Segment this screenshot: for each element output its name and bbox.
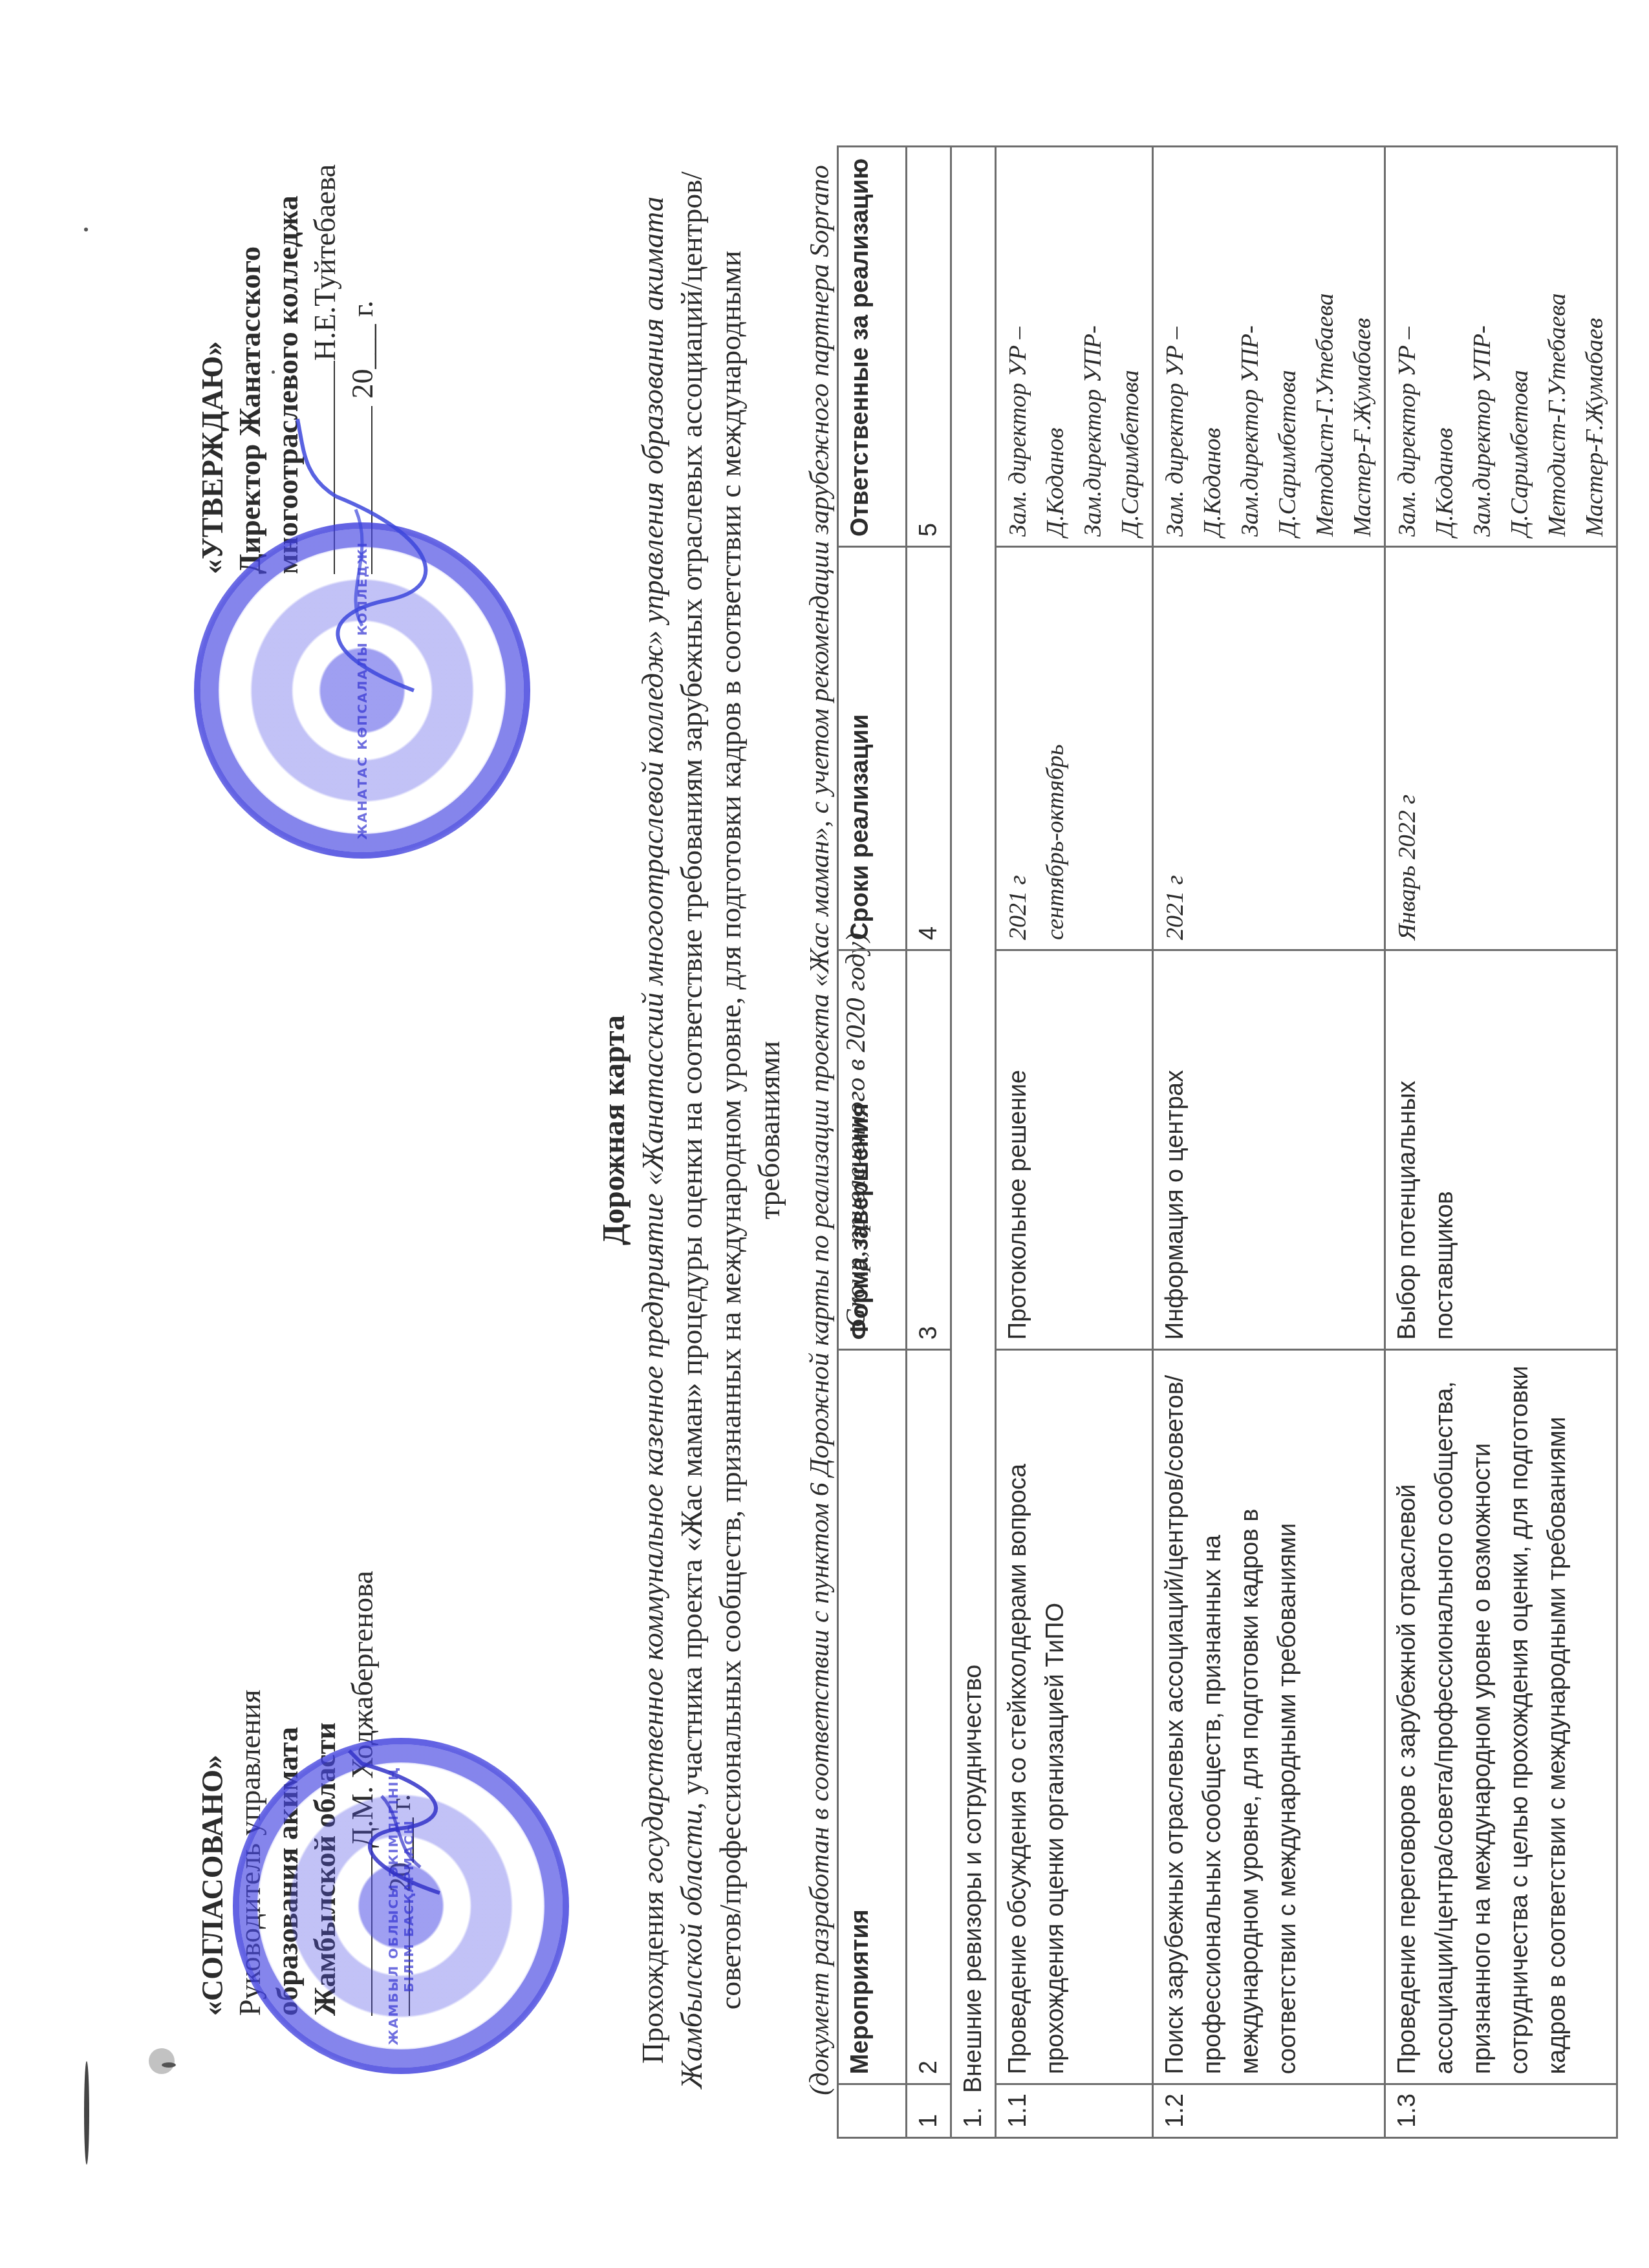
row-responsible: Зам. директор УР – Д.Коданов Зам.директо… xyxy=(1385,147,1617,547)
approval-block-left: «СОГЛАСОВАНО» Руководитель управления об… xyxy=(194,1434,419,2016)
column-number: 3 xyxy=(907,950,951,1350)
approval-line: Жамбылской области xyxy=(307,1434,344,2016)
roadmap-document-page: «СОГЛАСОВАНО» Руководитель управления об… xyxy=(0,0,1649,2268)
document-title-block: Дорожная карта Прохождения государственн… xyxy=(595,160,874,2100)
row-event: Проведение обсуждения со стейкхолдерами … xyxy=(996,1350,1153,2084)
header-cell-form: Форма завершения xyxy=(838,950,907,1350)
approval-line: Руководитель управления xyxy=(232,1434,269,2016)
document-subtitle: Прохождения государственное коммунальное… xyxy=(634,160,789,2100)
header-cell-responsible: Ответственные за реализацию xyxy=(838,147,907,547)
approval-date-left: 20___ г. xyxy=(382,1434,419,2016)
approval-line: многоотраслевого колледжа xyxy=(269,57,307,574)
row-event: Проведение переговоров с зарубежной отра… xyxy=(1385,1350,1617,2084)
approval-signature-line: Д.М. Ходжабергенова xyxy=(344,1434,382,2016)
row-number: 1.1 xyxy=(996,2084,1153,2138)
column-number: 5 xyxy=(907,147,951,547)
table-row: 1.3 Проведение переговоров с зарубежной … xyxy=(1385,147,1617,2138)
header-cell-term: Сроки реализации xyxy=(838,547,907,950)
table-header-row: Мероприятия Форма завершения Сроки реали… xyxy=(838,147,907,2138)
approval-line: образования акимата xyxy=(269,1434,307,2016)
table-column-numbers-row: 1 2 3 4 5 xyxy=(907,147,951,2138)
document-title: Дорожная карта xyxy=(595,160,634,2100)
approval-signatory-right: Н.Е.Туйтебаева xyxy=(308,164,341,361)
row-number: 1.3 xyxy=(1385,2084,1617,2138)
approval-date-right: 20___ г. xyxy=(344,57,382,574)
column-number: 1 xyxy=(907,2084,951,2138)
row-term: 2021 г xyxy=(1153,547,1385,950)
row-form: Выбор потенциальных поставщиков xyxy=(1385,950,1617,1350)
column-number: 2 xyxy=(907,1350,951,2084)
approval-heading-left: «СОГЛАСОВАНО» xyxy=(194,1434,232,2016)
row-responsible: Зам. директор УР – Д.Коданов Зам.директо… xyxy=(996,147,1153,547)
table-section-row: 1.Внешние ревизоры и сотрудничество xyxy=(951,147,996,2138)
column-number: 4 xyxy=(907,547,951,950)
approval-signature-line: Н.Е.Туйтебаева xyxy=(307,57,344,574)
section-number: 1. xyxy=(960,2107,987,2128)
approval-line: Директор Жанатасского xyxy=(232,57,269,574)
header-cell-number xyxy=(838,2084,907,2138)
stamp-text: ЖАНАТАС КӨПСАЛАЛЫ КОЛЛЕДЖІ xyxy=(200,529,524,852)
approval-block-right: «УТВЕРЖДАЮ» Директор Жанатасского многоо… xyxy=(194,57,382,574)
table-row: 1.1 Проведение обсуждения со стейкхолдер… xyxy=(996,147,1153,2138)
row-event: Поиск зарубежных отраслевых ассоциаций/ц… xyxy=(1153,1350,1385,2084)
row-responsible: Зам. директор УР – Д.Коданов Зам.директо… xyxy=(1153,147,1385,547)
scan-speck xyxy=(84,228,88,231)
row-form: Информация о центрах xyxy=(1153,950,1385,1350)
scan-mark xyxy=(84,2061,89,2165)
scan-speck xyxy=(149,2048,175,2074)
approval-signatory-left: Д.М. Ходжабергенова xyxy=(346,1571,379,1848)
section-title: Внешние ревизоры и сотрудничество xyxy=(960,1665,987,2093)
row-number: 1.2 xyxy=(1153,2084,1385,2138)
row-term: Январь 2022 г xyxy=(1385,547,1617,950)
approval-heading-right: «УТВЕРЖДАЮ» xyxy=(194,57,232,574)
roadmap-table: Мероприятия Форма завершения Сроки реали… xyxy=(837,145,1618,2139)
table-row: 1.2 Поиск зарубежных отраслевых ассоциац… xyxy=(1153,147,1385,2138)
section-title-cell: 1.Внешние ревизоры и сотрудничество xyxy=(951,147,996,2138)
header-cell-event: Мероприятия xyxy=(838,1350,907,2084)
row-form: Протокольное решение xyxy=(996,950,1153,1350)
row-term: 2021 г сентябрь-октябрь xyxy=(996,547,1153,950)
